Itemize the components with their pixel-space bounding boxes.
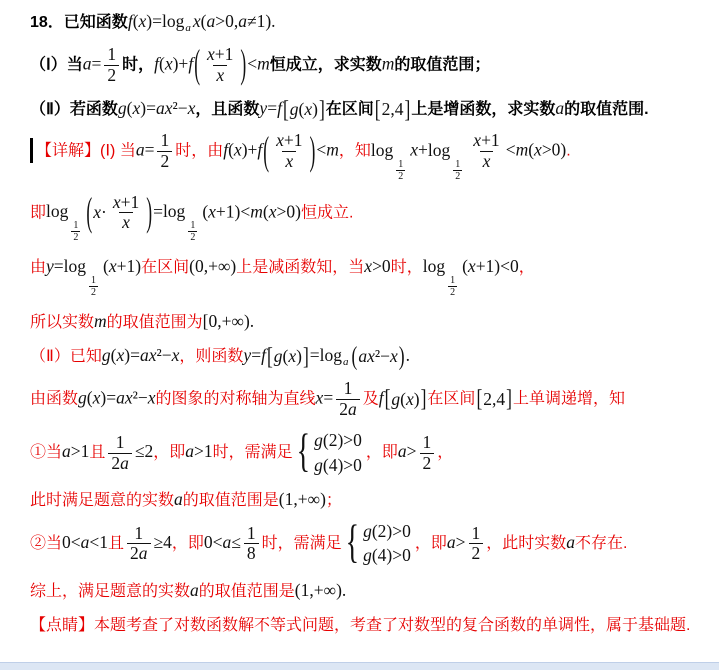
open-paren: ( [352, 344, 358, 370]
math-segment: g(x)=ax²−x [118, 98, 196, 118]
close-bracket: ] [303, 345, 309, 370]
math-segment: 0<a≤ [204, 532, 241, 552]
math-document: 18．已知函数f(x)=logax(a>0,a≠1).（Ⅰ）当a=12时，f(x… [0, 0, 719, 635]
text-segment: （Ⅱ）已知 [30, 348, 102, 365]
fraction-denominator: x [480, 151, 494, 172]
math-segment: a [190, 580, 199, 600]
fraction-numerator: 1 [104, 45, 119, 65]
fraction: x+1x [272, 131, 306, 171]
text-segment: 时，由 [175, 143, 223, 160]
fraction-denominator: 2 [71, 231, 80, 243]
fraction-denominator: 2 [157, 151, 172, 172]
text-segment: 上单调递增，知 [513, 390, 625, 407]
group-content: 2,4 [483, 389, 505, 410]
system-rows: g(2)>0g(4)>0 [363, 521, 411, 567]
text-segment: ，即 [172, 535, 204, 552]
fraction-numerator: 1 [113, 433, 128, 453]
math-segment: (x+1)<m(x>0) [202, 201, 301, 221]
text-segment: 在区间 [141, 259, 189, 276]
fraction-denominator: 2a [127, 543, 151, 564]
system-row: g(4)>0 [363, 545, 411, 566]
math-segment: ≤2 [135, 441, 153, 461]
math-segment: (0,+∞) [189, 256, 236, 276]
fraction-numerator: x+1 [470, 131, 502, 151]
text-segment: 的取值范围是 [183, 492, 279, 509]
big-paren-group: (x+1x) [262, 131, 316, 171]
text-segment: 综上，满足题意的实数 [30, 583, 190, 600]
math-segment: g(x)=ax²−x [78, 387, 156, 407]
math-segment: y= [46, 256, 64, 276]
math-segment: ax²−x [358, 346, 397, 367]
fraction-numerator: 1 [452, 159, 463, 170]
group-content: ax²−x [358, 346, 397, 367]
math-segment: x+ [410, 140, 428, 160]
text-segment: ； [326, 492, 342, 509]
solution-line-1: 【详解】(Ⅰ) 当a=12时，由f(x)+f(x+1x)<m，知log12x+l… [30, 131, 709, 181]
text-segment: 时， [122, 56, 154, 73]
math-segment: <m(x>0) [506, 140, 567, 160]
log-base-fraction: 12 [451, 159, 464, 182]
math-segment: a>1 [185, 441, 212, 461]
fraction-denominator: 2 [453, 170, 462, 182]
fraction-numerator: 1 [88, 275, 99, 286]
group-content: g(x) [290, 99, 318, 120]
fraction-numerator: x+1 [204, 45, 236, 65]
math-segment: 0<a<1 [62, 532, 108, 552]
math-segment: = [310, 345, 320, 365]
text-segment: 所以实数 [30, 314, 94, 331]
math-segment: (1,+∞) [279, 489, 326, 509]
close-bracket: ] [319, 98, 325, 123]
log-label: log [163, 201, 185, 221]
big-bracket-group: [2,4] [374, 99, 412, 120]
open-bracket: [ [267, 345, 273, 370]
math-segment: [0,+∞). [203, 311, 255, 331]
math-segment: x· [93, 202, 107, 223]
fraction-numerator: 1 [187, 220, 198, 231]
text-segment: 的取值范围； [394, 56, 490, 73]
text-segment: 时， [391, 259, 423, 276]
math-segment: g(x) [391, 389, 419, 410]
fraction-denominator: 2 [448, 286, 457, 298]
log-label: log [423, 256, 445, 276]
big-bracket-group: [g(x)] [282, 99, 326, 120]
close-bracket: ] [405, 98, 411, 123]
solution-case-2: ②当0<a<1且12a≥4，即0<a≤18时，需满足{g(2)>0g(4)>0，… [30, 521, 709, 567]
text-segment: ，则函数 [179, 348, 243, 365]
fraction-denominator: x [119, 212, 133, 233]
math-segment: a> [398, 441, 417, 461]
text-segment: 恒成立，求实数 [270, 56, 382, 73]
log-label: log [371, 140, 393, 160]
math-segment: g(4)>0 [314, 455, 362, 475]
fraction: x+1x [469, 131, 503, 171]
log-function: log12 [371, 140, 410, 182]
math-segment: = [153, 201, 163, 221]
math-segment: x>0 [364, 256, 390, 276]
system-row: g(2)>0 [363, 521, 411, 542]
open-paren: ( [194, 45, 200, 85]
group-content: x·x+1x [93, 193, 145, 233]
log-base-fraction: 12 [87, 275, 100, 298]
fraction-numerator: 1 [395, 159, 406, 170]
text-segment: ，此时实数 [486, 535, 566, 552]
problem-statement: 18．已知函数f(x)=logax(a>0,a≠1). [30, 9, 709, 34]
text-segment: 此时满足题意的实数 [30, 492, 174, 509]
big-bracket-group: [g(x)] [266, 346, 310, 367]
fraction-denominator: 2 [469, 543, 484, 564]
math-segment: a [555, 98, 564, 118]
text-segment: 【点睛】本题考查了对数函数解不等式问题，考查了对数型的复合函数的单调性，属于基础… [30, 617, 690, 634]
fraction-denominator: 2a [108, 453, 132, 474]
text-segment: 时，需满足 [262, 535, 342, 552]
fraction: 12 [103, 45, 120, 85]
group-content: x+1x [270, 131, 308, 171]
math-segment: (x+1)<0 [462, 256, 519, 276]
solution-line-6: 由函数g(x)=ax²−x的图象的对称轴为直线x=12a及f[g(x)]在区间[… [30, 379, 709, 419]
text-segment: 即 [30, 204, 46, 221]
big-bracket-group: [g(x)] [384, 389, 428, 410]
text-segment: （Ⅱ）若函数 [30, 101, 118, 118]
math-segment: 2,4 [382, 99, 404, 120]
left-brace: { [297, 430, 310, 476]
fraction: x+1x [203, 45, 237, 85]
fraction: 12 [468, 524, 485, 564]
big-paren-group: (x+1x) [193, 45, 247, 85]
close-paren: ) [310, 131, 316, 171]
solution-case-1: ①当a>1且12a≤2，即a>1时，需满足{g(2)>0g(4)>0，即a>12… [30, 430, 709, 476]
text-segment: 在区间 [326, 101, 374, 118]
math-segment: g(4)>0 [363, 545, 411, 565]
fraction-numerator: 1 [70, 220, 81, 231]
math-segment: g(x) [290, 99, 318, 120]
text-segment: 不存在. [575, 535, 627, 552]
group-content: g(x) [391, 389, 419, 410]
log-function: log12 [423, 256, 462, 298]
math-segment: g(x)=ax²−x [102, 345, 180, 365]
math-segment: x= [316, 387, 334, 407]
solution-conclusion: 综上，满足题意的实数a的取值范围是(1,+∞). [30, 578, 709, 601]
math-segment: x(a>0,a≠1). [193, 11, 276, 31]
text-segment: 上是减函数知，当 [236, 259, 364, 276]
text-segment: 的取值范围是 [199, 583, 295, 600]
math-segment: m [382, 53, 395, 73]
text-segment: ，即 [415, 535, 447, 552]
text-segment: 【详解】(Ⅰ) 当 [36, 143, 136, 160]
open-paren: ( [86, 193, 92, 233]
math-segment: a> [447, 532, 466, 552]
text-segment: ①当 [30, 444, 62, 461]
text-segment: 且 [108, 535, 124, 552]
log-function: loga [320, 345, 351, 368]
close-bracket: ] [421, 387, 427, 412]
open-bracket: [ [476, 387, 482, 412]
fraction: 12a [335, 379, 361, 419]
fraction-denominator: 2 [188, 231, 197, 243]
fraction-numerator: 1 [244, 524, 259, 544]
text-segment: 的取值范围. [564, 101, 648, 118]
text-segment: 恒成立. [301, 204, 353, 221]
math-segment: a [174, 489, 183, 509]
fraction: x+1x [109, 193, 143, 233]
text-segment: 上是增函数，求实数 [411, 101, 555, 118]
inequality-system: {g(2)>0g(4)>0 [346, 521, 411, 567]
log-label: log [428, 140, 450, 160]
text-segment: ②当 [30, 535, 62, 552]
window-edge-strip [0, 662, 719, 670]
text-segment: ，即 [153, 444, 185, 461]
solution-line-5: （Ⅱ）已知g(x)=ax²−x，则函数y=f[g(x)]=loga(ax²−x)… [30, 343, 709, 368]
text-segment: 的取值范围为 [107, 314, 203, 331]
fraction: 12 [156, 131, 173, 171]
math-segment: . [406, 345, 410, 365]
fraction-denominator: 2 [396, 170, 405, 182]
text-segment: 时，需满足 [213, 444, 293, 461]
open-paren: ( [263, 131, 269, 171]
solution-case-1-result: 此时满足题意的实数a的取值范围是(1,+∞)； [30, 487, 709, 510]
remark-line: 【点睛】本题考查了对数函数解不等式问题，考查了对数型的复合函数的单调性，属于基础… [30, 612, 709, 635]
text-segment: （Ⅰ）当 [30, 56, 83, 73]
fraction: 18 [243, 524, 260, 564]
math-segment: a= [83, 53, 102, 73]
fraction-numerator: 1 [157, 131, 172, 151]
math-segment: y=f [243, 345, 266, 365]
system-rows: g(2)>0g(4)>0 [314, 430, 362, 476]
fraction-numerator: 1 [447, 275, 458, 286]
log-function: loga [162, 11, 193, 34]
log-function: log12 [64, 256, 103, 298]
math-segment: g(x) [274, 346, 302, 367]
fraction-denominator: x [282, 151, 296, 172]
problem-part-1: （Ⅰ）当a=12时，f(x)+f(x+1x)<m恒成立，求实数m的取值范围； [30, 45, 709, 85]
log-label: log [46, 201, 68, 221]
fraction-denominator: 2 [104, 65, 119, 86]
log-label: log [162, 11, 184, 31]
solution-line-2: 即log12(x·x+1x)=log12(x+1)<m(x>0)恒成立. [30, 193, 709, 243]
solution-line-4: 所以实数m的取值范围为[0,+∞). [30, 309, 709, 332]
math-segment: ≥4 [154, 532, 172, 552]
fraction-numerator: x+1 [110, 193, 142, 213]
math-segment: f(x)= [128, 11, 162, 31]
fraction-denominator: 2 [420, 453, 435, 474]
log-base-fraction: 12 [446, 275, 459, 298]
solution-line-3: 由y=log12(x+1)在区间(0,+∞)上是减函数知，当x>0时，log12… [30, 254, 709, 298]
problem-part-2: （Ⅱ）若函数g(x)=ax²−x，且函数y=f[g(x)]在区间[2,4]上是增… [30, 96, 709, 120]
text-segment: 的图象的对称轴为直线 [156, 390, 316, 407]
big-bracket-group: [2,4] [475, 389, 513, 410]
text-segment: 且 [89, 444, 105, 461]
group-content: 2,4 [382, 99, 404, 120]
group-content: g(x) [274, 346, 302, 367]
fraction-denominator: x [213, 65, 227, 86]
math-segment: a= [136, 140, 155, 160]
fraction-denominator: 2 [89, 286, 98, 298]
log-label: log [64, 256, 86, 276]
math-segment: g(2)>0 [363, 521, 411, 541]
math-segment: f(x)+f [223, 140, 262, 160]
math-segment: y=f [259, 98, 282, 118]
fraction: 12 [419, 433, 436, 473]
big-paren-group: (x·x+1x) [85, 193, 153, 233]
fraction-numerator: 1 [420, 433, 435, 453]
open-bracket: [ [385, 387, 391, 412]
log-function: log12 [428, 140, 467, 182]
text-segment: ， [437, 444, 453, 461]
close-bracket: ] [506, 387, 512, 412]
math-segment: g(2)>0 [314, 430, 362, 450]
text-segment: . [566, 143, 570, 160]
big-paren-group: (ax²−x) [351, 346, 406, 367]
text-segment: 由 [30, 259, 46, 276]
log-function: log12 [46, 201, 85, 243]
math-segment: <m [316, 140, 339, 160]
fraction: 12a [126, 524, 152, 564]
system-row: g(2)>0 [314, 430, 362, 451]
math-segment: (1,+∞). [295, 580, 347, 600]
fraction-numerator: x+1 [273, 131, 305, 151]
open-bracket: [ [283, 98, 289, 123]
text-segment: ，且函数 [195, 101, 259, 118]
math-segment: a>1 [62, 441, 89, 461]
log-base-subscript: a [343, 356, 349, 368]
text-segment: 及 [363, 390, 379, 407]
fraction-numerator: 1 [341, 379, 356, 399]
left-brace: { [346, 521, 359, 567]
fraction-denominator: 2a [336, 399, 360, 420]
math-segment: <m [247, 53, 270, 73]
math-segment: 2,4 [483, 389, 505, 410]
text-cursor [30, 138, 33, 163]
log-function: log12 [163, 201, 202, 243]
fraction-numerator: 1 [469, 524, 484, 544]
close-paren: ) [146, 193, 152, 233]
math-segment: a [566, 532, 575, 552]
log-base-fraction: 12 [394, 159, 407, 182]
math-segment: (x+1) [103, 256, 141, 276]
text-segment: ，即 [366, 444, 398, 461]
text-segment: ，知 [339, 143, 371, 160]
text-segment: 由函数 [30, 390, 78, 407]
text-segment: ， [519, 259, 535, 276]
log-base-fraction: 12 [186, 220, 199, 243]
text-segment: 在区间 [427, 390, 475, 407]
fraction-denominator: 8 [244, 543, 259, 564]
close-paren: ) [399, 344, 405, 370]
group-content: x+1x [201, 45, 239, 85]
log-label: log [320, 345, 342, 365]
text-segment: 18．已知函数 [30, 14, 128, 31]
open-bracket: [ [375, 98, 381, 123]
close-paren: ) [240, 45, 246, 85]
log-base-fraction: 12 [69, 220, 82, 243]
fraction: 12a [107, 433, 133, 473]
fraction-numerator: 1 [131, 524, 146, 544]
system-row: g(4)>0 [314, 455, 362, 476]
math-segment: f(x)+f [154, 53, 193, 73]
log-base-subscript: a [185, 22, 191, 34]
math-segment: m [94, 311, 107, 331]
inequality-system: {g(2)>0g(4)>0 [297, 430, 362, 476]
